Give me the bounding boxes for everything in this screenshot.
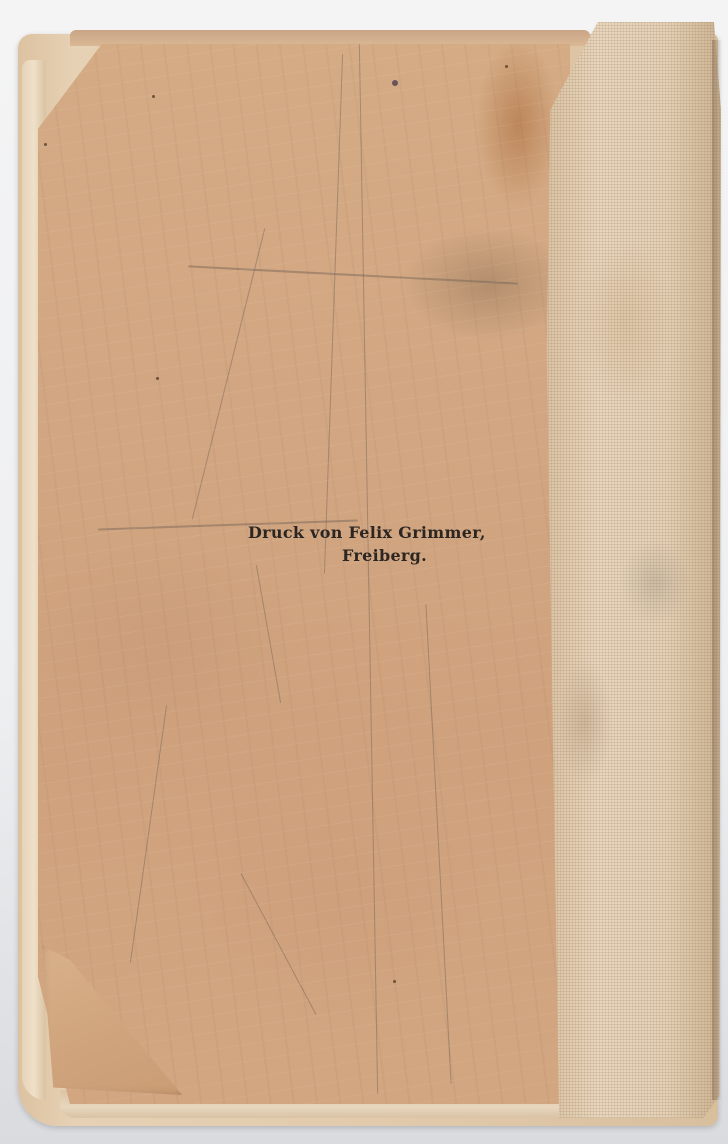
back-cover	[38, 44, 570, 1104]
imprint-line-2: Freiberg.	[342, 546, 548, 565]
cloth-spine	[545, 22, 721, 1118]
ink-stain	[392, 80, 398, 86]
printer-imprint: Druck von Felix Grimmer, Freiberg.	[248, 523, 548, 565]
spine-shadow	[712, 40, 722, 1100]
imprint-line-1: Druck von Felix Grimmer,	[248, 523, 548, 542]
book-photo: Druck von Felix Grimmer, Freiberg.	[0, 0, 728, 1144]
page-edge-top	[70, 30, 590, 46]
